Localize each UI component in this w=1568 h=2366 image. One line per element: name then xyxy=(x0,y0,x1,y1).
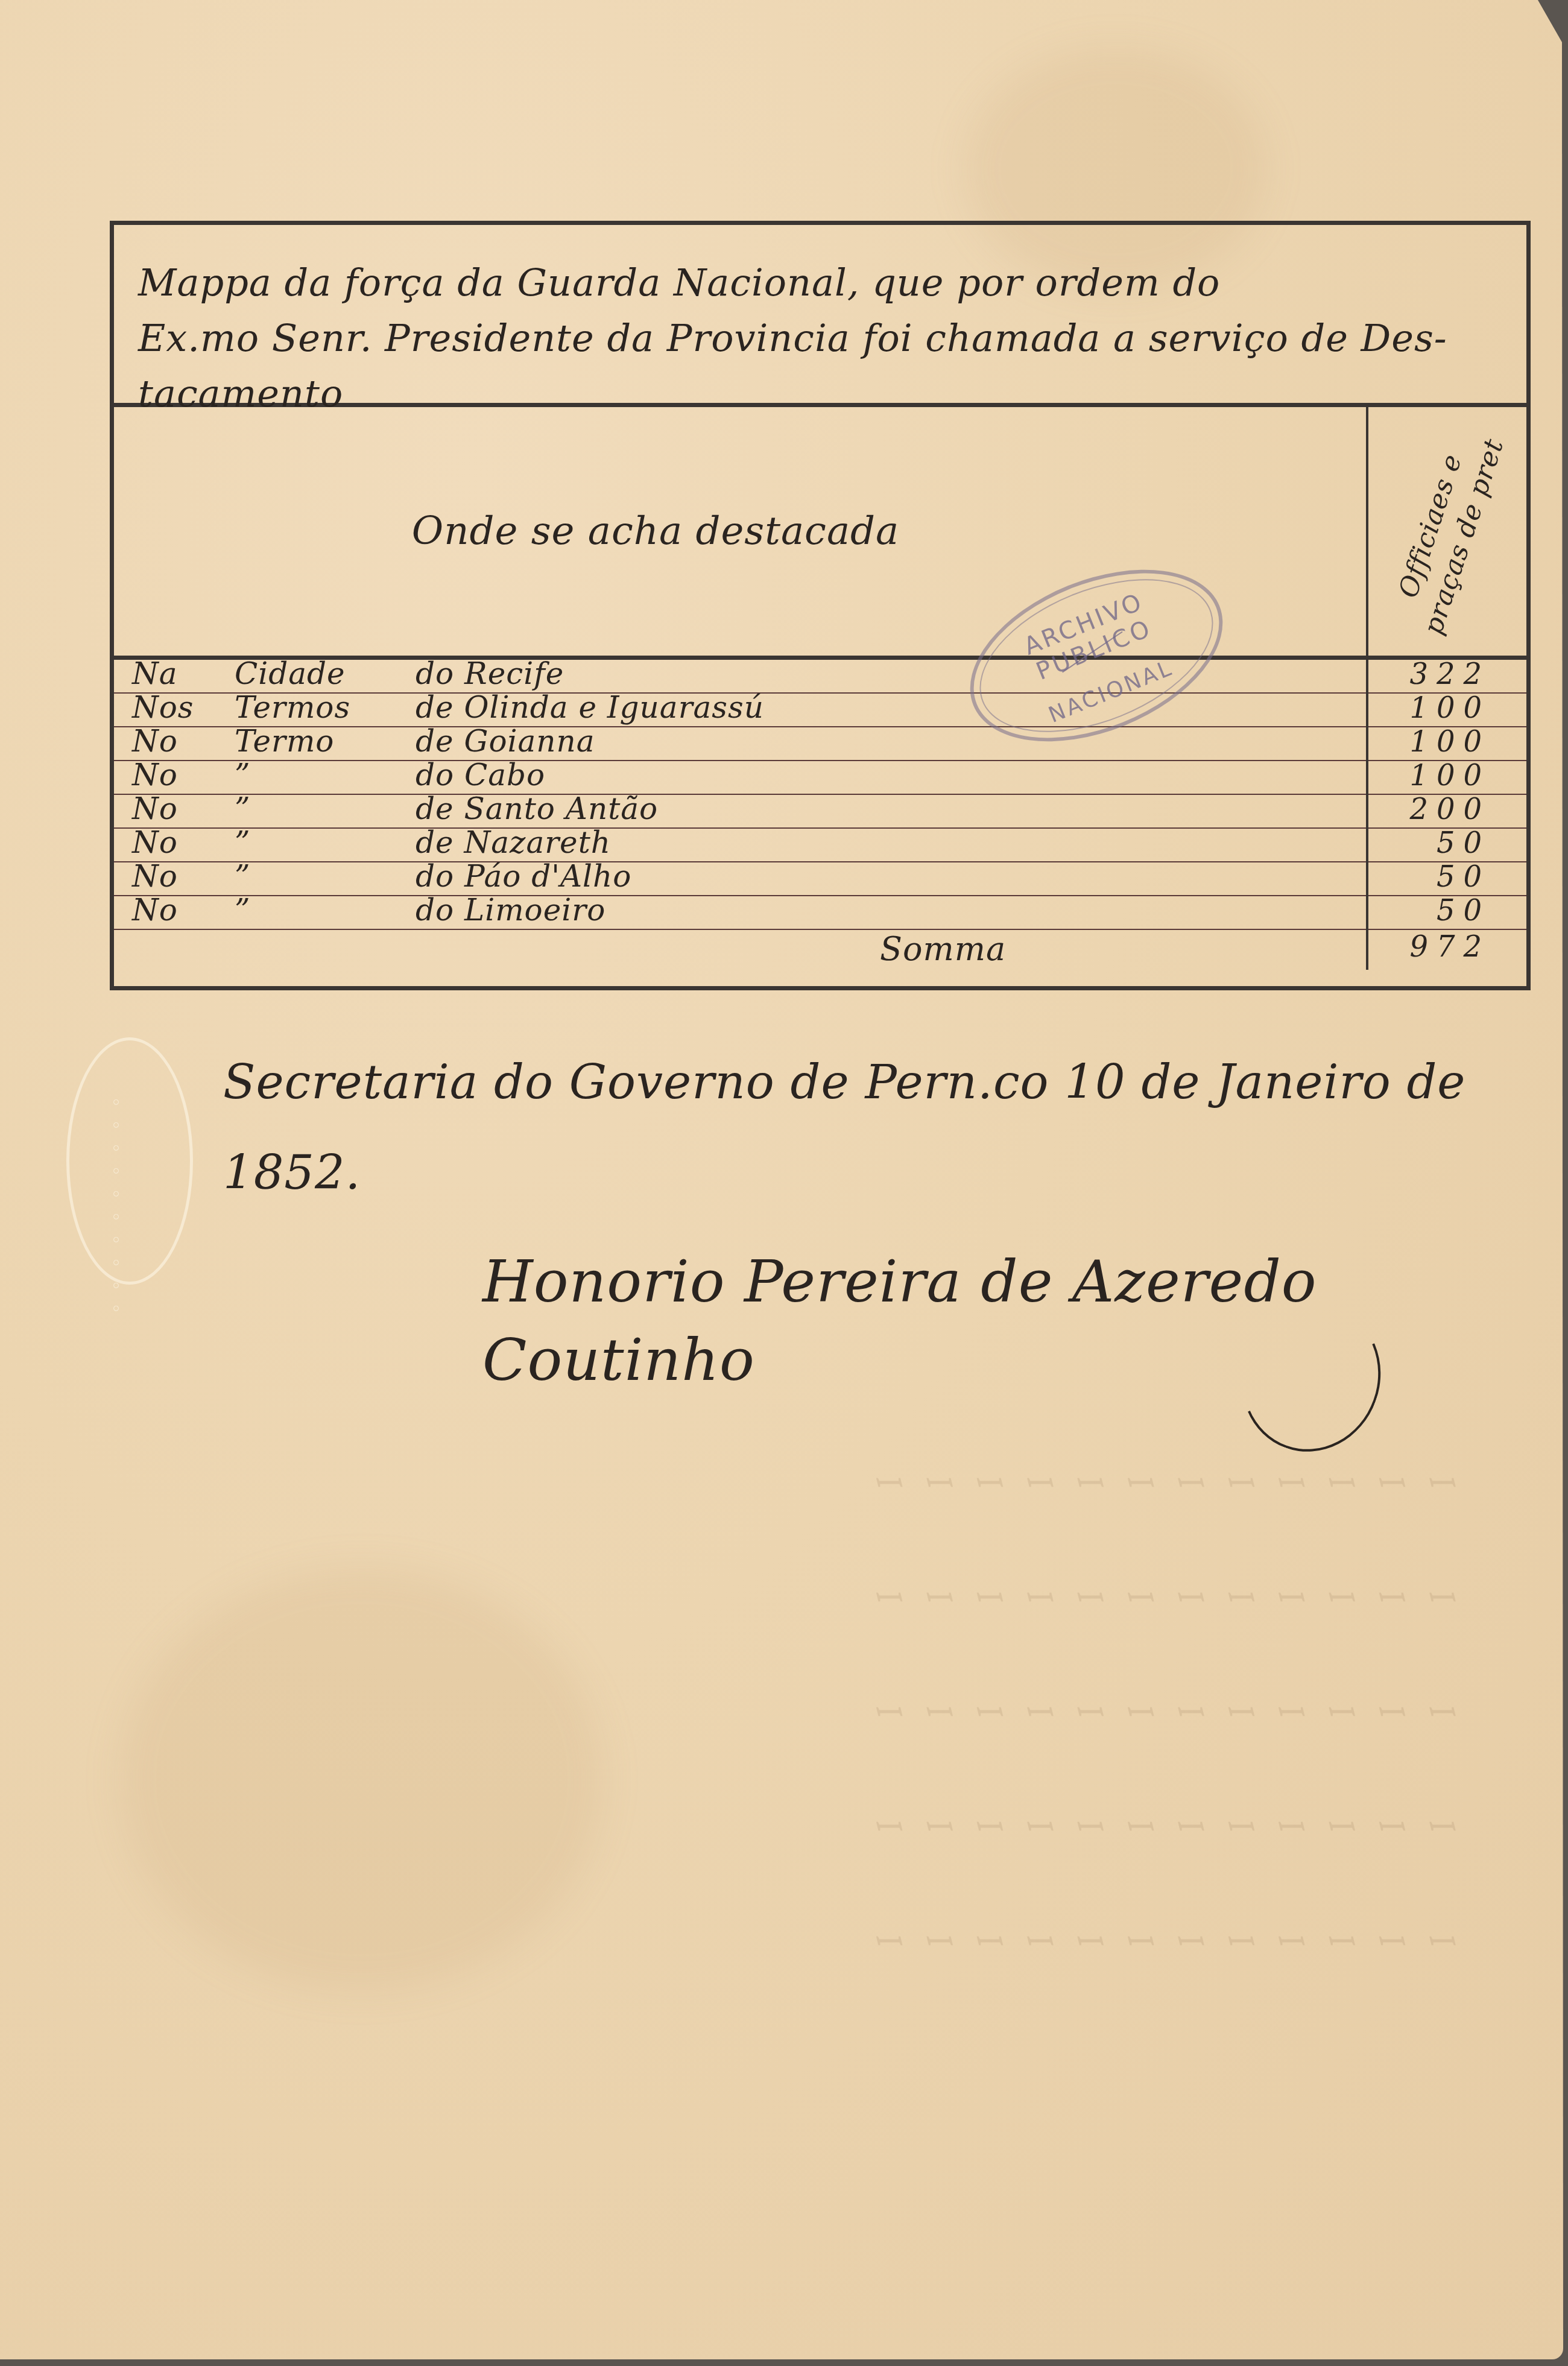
table-title: Mappa da força da Guarda Nacional, que p… xyxy=(114,225,1526,407)
watermark-emboss-icon: ◦◦◦◦◦◦◦◦◦◦ xyxy=(66,1037,193,1285)
row-count: 100 xyxy=(1366,725,1526,759)
row-prefix: No xyxy=(132,791,229,826)
table-row: Nos Termos de Olinda e Iguarassú 100 xyxy=(114,694,1526,727)
bleed-through-text: ꟷ ꟷ ꟷ ꟷ ꟷ ꟷ ꟷ ꟷ ꟷ ꟷ ꟷ ꟷ xyxy=(314,1460,1459,1505)
dateline-line: 1852. xyxy=(223,1128,1538,1218)
table-row: No ” do Limoeiro 50 xyxy=(114,896,1526,930)
title-line: Ex.mo Senr. Presidente da Provincia foi … xyxy=(138,311,1514,366)
row-place: de Nazareth xyxy=(416,825,958,860)
row-area: Termo xyxy=(235,724,416,759)
row-prefix: No xyxy=(132,758,229,792)
row-count: 322 xyxy=(1366,657,1526,691)
title-line: Mappa da força da Guarda Nacional, que p… xyxy=(138,255,1514,311)
dateline: Secretaria do Governo de Pern.co 10 de J… xyxy=(223,1037,1538,1218)
row-place: de Santo Antão xyxy=(416,791,958,826)
row-place: de Goianna xyxy=(416,724,958,759)
bleed-through-text: ꟷ ꟷ ꟷ ꟷ ꟷ ꟷ ꟷ ꟷ ꟷ ꟷ ꟷ ꟷ xyxy=(314,1803,1459,1849)
row-prefix: Na xyxy=(132,656,229,691)
table-row: No ” do Páo d'Alho 50 xyxy=(114,862,1526,896)
row-place: do Limoeiro xyxy=(416,893,958,928)
bleed-through-text: ꟷ ꟷ ꟷ ꟷ ꟷ ꟷ ꟷ ꟷ ꟷ ꟷ ꟷ ꟷ xyxy=(314,1689,1459,1735)
row-place: do Cabo xyxy=(416,758,958,792)
row-area: Cidade xyxy=(235,656,416,691)
row-area: ” xyxy=(235,893,416,928)
bleed-through-text: ꟷ ꟷ ꟷ ꟷ ꟷ ꟷ ꟷ ꟷ ꟷ ꟷ ꟷ ꟷ xyxy=(314,1918,1459,1964)
row-count: 50 xyxy=(1366,860,1526,894)
manuscript-page: ꟷ ꟷ ꟷ ꟷ ꟷ ꟷ ꟷ ꟷ ꟷ ꟷ ꟷ ꟷ ꟷ ꟷ ꟷ ꟷ ꟷ ꟷ ꟷ ꟷ … xyxy=(0,0,1563,2359)
row-prefix: No xyxy=(132,893,229,928)
watermark-text: ◦◦◦◦◦◦◦◦◦◦ xyxy=(106,1089,127,1318)
row-count: 100 xyxy=(1366,759,1526,792)
row-area: ” xyxy=(235,825,416,860)
row-place: do Páo d'Alho xyxy=(416,859,958,894)
row-place: de Olinda e Iguarassú xyxy=(416,690,958,725)
row-prefix: No xyxy=(132,859,229,894)
row-area: ” xyxy=(235,791,416,826)
column-header-count-label: Officiaes e praças de pret xyxy=(1379,411,1516,651)
row-count: 50 xyxy=(1366,826,1526,860)
row-prefix: No xyxy=(132,724,229,759)
row-count: 50 xyxy=(1366,894,1526,928)
row-count: 100 xyxy=(1366,691,1526,725)
table-row: No Termo de Goianna 100 xyxy=(114,727,1526,761)
table-row: No ” de Nazareth 50 xyxy=(114,829,1526,862)
row-area: ” xyxy=(235,758,416,792)
column-header-count: Officiaes e praças de pret xyxy=(1366,407,1526,656)
total-label: Somma xyxy=(880,930,1006,968)
table-row: Na Cidade do Recife 322 xyxy=(114,660,1526,694)
row-prefix: No xyxy=(132,825,229,860)
dateline-line: Secretaria do Governo de Pern.co 10 de J… xyxy=(223,1037,1538,1128)
row-count: 200 xyxy=(1366,792,1526,826)
total-count: 972 xyxy=(1366,928,1526,970)
table-row: No ” de Santo Antão 200 xyxy=(114,795,1526,829)
table-row: No ” do Cabo 100 xyxy=(114,761,1526,795)
bleed-through-text: ꟷ ꟷ ꟷ ꟷ ꟷ ꟷ ꟷ ꟷ ꟷ ꟷ ꟷ ꟷ xyxy=(314,1574,1459,1620)
table-body: Na Cidade do Recife 322 Nos Termos de Ol… xyxy=(114,660,1526,972)
row-place: do Recife xyxy=(416,656,958,691)
total-row: Somma 972 xyxy=(114,930,1526,972)
row-prefix: Nos xyxy=(132,690,229,725)
force-table: Mappa da força da Guarda Nacional, que p… xyxy=(110,221,1531,990)
row-area: Termos xyxy=(235,690,416,725)
row-area: ” xyxy=(235,859,416,894)
